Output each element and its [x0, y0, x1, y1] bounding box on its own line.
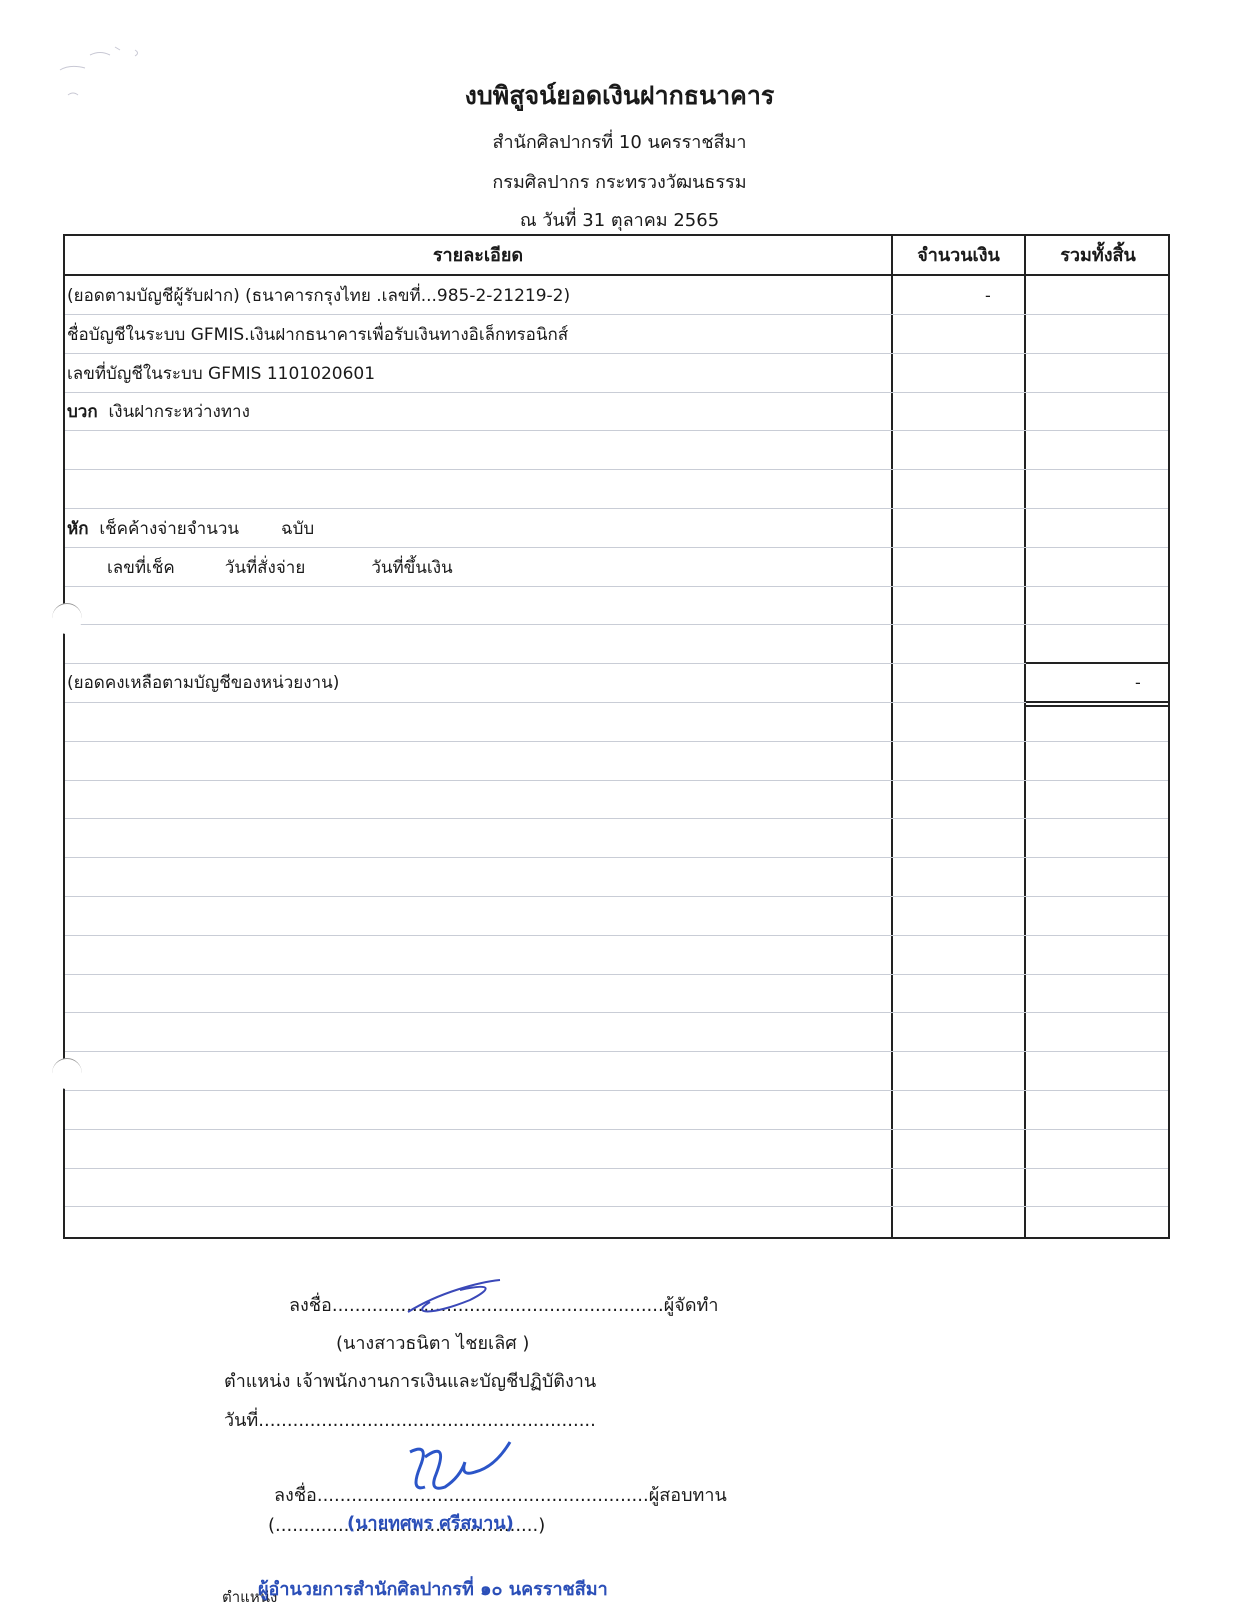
- ruled-line: [65, 780, 1168, 781]
- account-number: เลขที่บัญชีในระบบ GFMIS 1101020601: [67, 360, 375, 387]
- ruled-line: [65, 896, 1168, 897]
- office-name: สำนักศิลปากรที่ 10 นครราชสีมา: [0, 127, 1239, 156]
- ruled-line: [65, 663, 1168, 664]
- less-row: หัก เช็คค้างจ่ายจำนวนฉบับ: [67, 515, 314, 542]
- ruled-line: [65, 624, 1168, 625]
- ruled-line: [65, 974, 1168, 975]
- total-double-underline: [1026, 705, 1168, 707]
- department-name: กรมศิลปากร กระทรวงวัฒนธรรม: [0, 167, 1239, 196]
- column-header-total: รวมทั้งสิ้น: [1026, 236, 1170, 274]
- column-header-amount: จำนวนเงิน: [893, 236, 1024, 274]
- add-label: บวก: [67, 402, 98, 422]
- total-double-underline: [1026, 701, 1168, 703]
- ruled-line: [65, 702, 1168, 703]
- header-divider: [65, 274, 1168, 276]
- column-divider: [1024, 236, 1026, 1237]
- preparer-date-line: วันที่..................................…: [224, 1405, 596, 1434]
- punch-hole: [52, 1058, 82, 1089]
- preparer-signature: [400, 1272, 520, 1322]
- ruled-line: [65, 818, 1168, 819]
- unit-balance-label: (ยอดคงเหลือตามบัญชีของหน่วยงาน): [67, 669, 339, 696]
- check-issue-date-label: วันที่สั่งจ่าย: [225, 558, 306, 578]
- ruled-line: [65, 1090, 1168, 1091]
- column-header-details: รายละเอียด: [65, 236, 891, 274]
- punch-hole: [52, 603, 82, 634]
- ruled-line: [65, 1051, 1168, 1052]
- reviewer-name-stamp: (นายทศพร ศรีสมาน): [347, 1508, 514, 1537]
- add-text: เงินฝากระหว่างทาง: [108, 402, 249, 422]
- ruled-line: [65, 508, 1168, 509]
- ruled-line: [65, 1168, 1168, 1169]
- ruled-line: [65, 314, 1168, 315]
- document-title: งบพิสูจน์ยอดเงินฝากธนาคาร: [0, 76, 1239, 116]
- ruled-line: [65, 1206, 1168, 1207]
- reconciliation-table: รายละเอียด จำนวนเงิน รวมทั้งสิ้น (ยอดตาม…: [63, 234, 1170, 1239]
- bank-balance-amount: -: [985, 286, 991, 305]
- ruled-line: [65, 857, 1168, 858]
- column-divider: [891, 236, 893, 1237]
- unit-balance-total: -: [1135, 673, 1141, 692]
- ruled-line: [65, 547, 1168, 548]
- bank-balance-label: (ยอดตามบัญชีผู้รับฝาก) (ธนาคารกรุงไทย .เ…: [67, 282, 570, 309]
- preparer-position: ตำแหน่ง เจ้าพนักงานการเงินและบัญชีปฏิบัต…: [224, 1366, 596, 1395]
- less-unit: ฉบับ: [281, 519, 314, 539]
- account-name: ชื่อบัญชีในระบบ GFMIS.เงินฝากธนาคารเพื่อ…: [67, 321, 568, 348]
- add-row: บวก เงินฝากระหว่างทาง: [67, 398, 250, 425]
- ruled-line: [65, 935, 1168, 936]
- ruled-line: [65, 586, 1168, 587]
- ruled-line: [65, 1012, 1168, 1013]
- less-text: เช็คค้างจ่ายจำนวน: [99, 519, 239, 539]
- check-number-label: เลขที่เช็ค: [107, 558, 175, 578]
- ruled-line: [65, 392, 1168, 393]
- reviewer-sign-line: ลงชื่อ..................................…: [274, 1480, 727, 1509]
- less-label: หัก: [67, 519, 89, 539]
- ruled-line: [65, 469, 1168, 470]
- preparer-name: (นางสาวธนิตา ไชยเลิศ ): [336, 1328, 529, 1357]
- ruled-line: [65, 1129, 1168, 1130]
- statement-date: ณ วันที่ 31 ตุลาคม 2565: [0, 205, 1239, 234]
- reviewer-position-stamp: ผู้อำนวยการสำนักศิลปากรที่ ๑๐ นครราชสีมา: [258, 1574, 608, 1603]
- ruled-line: [65, 741, 1168, 742]
- total-box-top: [1026, 662, 1168, 664]
- check-cleared-date-label: วันที่ขึ้นเงิน: [371, 558, 452, 578]
- check-columns: เลขที่เช็ควันที่สั่งจ่ายวันที่ขึ้นเงิน: [107, 554, 453, 581]
- ruled-line: [65, 430, 1168, 431]
- ruled-line: [65, 353, 1168, 354]
